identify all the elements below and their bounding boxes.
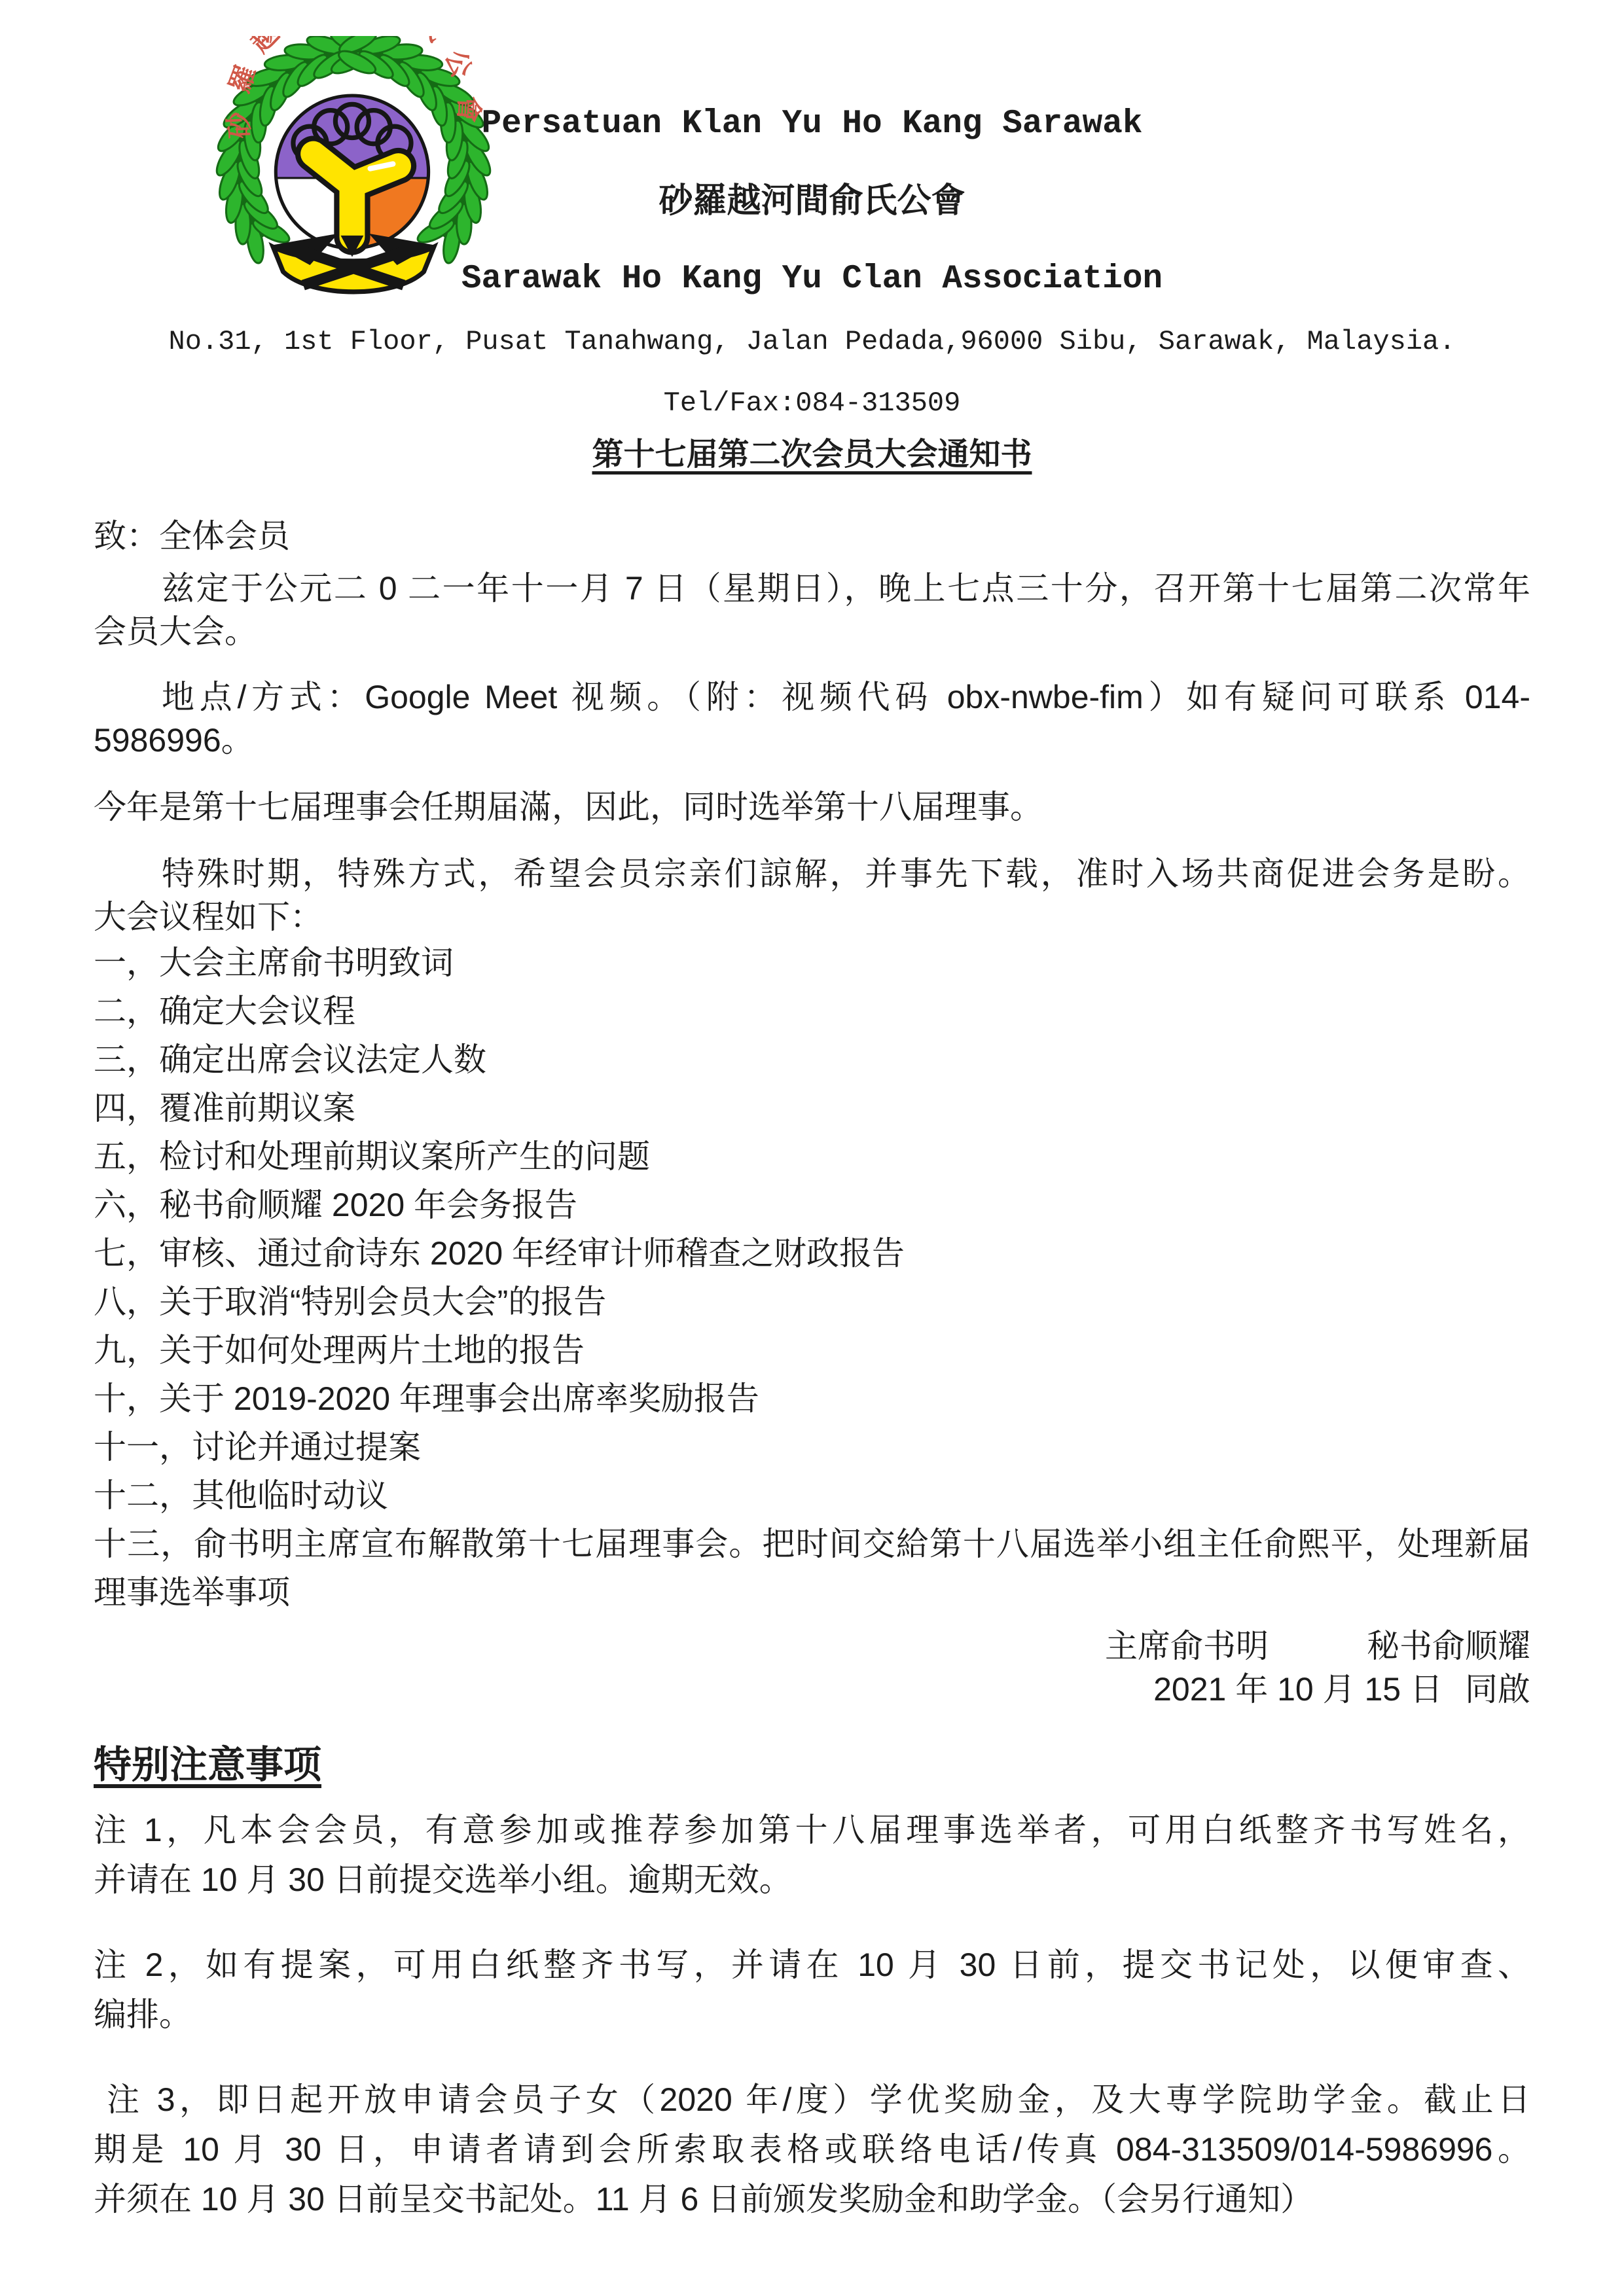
signature-date-suffix: 同啟 [1465,1671,1530,1708]
notice-body: 致：全体会员 兹定于公元二 0 二一年十一月 7 日（星期日），晚上七点三十分，… [94,514,1530,2224]
org-name-chinese: 砂羅越河間俞氏公會 [94,175,1530,227]
special-notes-heading: 特别注意事项 [94,1737,1530,1793]
agenda-item-4: 四，覆准前期议案 [94,1084,1530,1132]
signature-date: 2021 年 10 月 15 日 [1153,1671,1443,1708]
org-address: No.31, 1st Floor, Pusat Tanahwang, Jalan… [94,323,1530,360]
agenda-item-12: 十二，其他临时动议 [94,1471,1530,1520]
paragraph-term-expiry: 今年是第十七届理事会任期届滿，因此，同时选举第十八届理事。 [94,785,1530,829]
note-3: 注 3，即日起开放申请会员子女（2020 年/度）学优奖励金，及大専学院助学金。… [94,2075,1530,2224]
signature-block: 主席俞书明秘书俞顺耀 2021 年 10 月 15 日同啟 [94,1624,1530,1711]
paragraph-meeting-datetime: 兹定于公元二 0 二一年十一月 7 日（星期日），晚上七点三十分，召开第十七届第… [94,567,1530,653]
signature-chairman: 主席俞书明 [1105,1628,1269,1664]
note-1: 注 1，凡本会会员，有意参加或推荐参加第十八届理事选举者，可用白纸整齐书写姓名，… [94,1805,1530,1905]
agenda-item-5: 五，检讨和处理前期议案所产生的问题 [94,1132,1530,1181]
note-2: 注 2，如有提案，可用白纸整齐书写，并请在 10 月 30 日前，提交书记处，以… [94,1940,1530,2039]
org-telfax: Tel/Fax:084-313509 [94,385,1530,422]
signature-names: 主席俞书明秘书俞顺耀 [94,1624,1530,1668]
agenda-item-11: 十一，讨论并通过提案 [94,1423,1530,1471]
agenda-item-13-continuation: 理事选举事项 [94,1568,1530,1617]
signature-date-line: 2021 年 10 月 15 日同啟 [94,1668,1530,1711]
agenda-item-3: 三，确定出席会议法定人数 [94,1035,1530,1084]
agenda-item-6: 六，秘书俞顺耀 2020 年会务报告 [94,1181,1530,1229]
paragraph-meeting-venue: 地点/方式：Google Meet 视频。（附：视频代码 obx-nwbe-fi… [94,675,1530,762]
agenda-item-2: 二，确定大会议程 [94,987,1530,1035]
agenda-item-7: 七，审核、通过俞诗东 2020 年经审计师稽查之财政报告 [94,1229,1530,1278]
notice-document-page: 砂羅越河間俞氏公會 [0,0,1624,2296]
org-name-english: Sarawak Ho Kang Yu Clan Association [94,257,1530,302]
salutation: 致：全体会员 [94,514,1530,558]
agenda-intro: 大会议程如下： [94,895,1530,939]
org-name-malay: Persatuan Klan Yu Ho Kang Sarawak [94,101,1530,147]
paragraph-special-period: 特殊时期，特殊方式，希望会员宗亲们諒解，并事先下载，准时入场共商促进会务是盼。 [94,852,1530,895]
agenda-item-8: 八，关于取消“特别会员大会”的报告 [94,1278,1530,1326]
agenda-item-1: 一，大会主席俞书明致词 [94,939,1530,987]
signature-secretary: 秘书俞顺耀 [1367,1628,1530,1664]
agenda-list: 一，大会主席俞书明致词 二，确定大会议程 三，确定出席会议法定人数 四，覆准前期… [94,939,1530,1617]
document-header: Persatuan Klan Yu Ho Kang Sarawak 砂羅越河間俞… [94,101,1530,483]
notice-title: 第十七届第二次会员大会通知书 [94,427,1530,483]
agenda-item-10: 十，关于 2019-2020 年理事会出席率奖励报告 [94,1374,1530,1423]
agenda-item-9: 九，关于如何处理两片土地的报告 [94,1326,1530,1374]
agenda-item-13: 十三，俞书明主席宣布解散第十七届理事会。把时间交給第十八届选举小组主任俞熙平，处… [94,1520,1530,1568]
